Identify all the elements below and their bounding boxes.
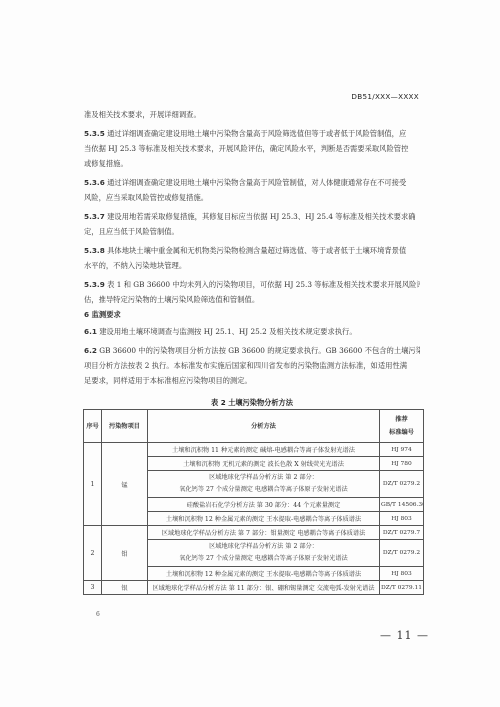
clause-text: 表 1 和 GB 36600 中均未列入的污染物项目，可依据 HJ 25.3 等… — [107, 280, 420, 289]
cell-standard: GB/T 14506.30 — [380, 498, 424, 512]
table-row: 1 锰 土壤和沉积物 11 种元素的测定 碱熔-电感耦合等离子体发射光谱法 HJ… — [84, 443, 424, 457]
clause-number: 6.1 — [84, 327, 97, 336]
clause-text: 建设用地若需采取修复措施，其修复目标应当依据 HJ 25.3、HJ 25.4 等… — [107, 212, 415, 221]
clause-text-line: 水平的，不纳入污染地块管理。 — [84, 258, 420, 273]
table-row: 3 银 区域地球化学样品分析方法 第 11 部分：银、硼和锡量测定 交流电弧-发… — [84, 581, 424, 595]
clause-number: 5.3.8 — [84, 246, 105, 255]
cell-item: 锰 — [102, 443, 148, 526]
clause-number: 5.3.7 — [84, 212, 105, 221]
clause-5-3-6: 5.3.6 通过详细调查确定建设用地土壤中污染物含量高于风险管制值，对人体健康通… — [84, 175, 420, 190]
page-mark: 6 — [96, 611, 100, 618]
cell-method: 区域地球化学样品分析方法 第 7 部分：钼量测定 电感耦合等离子体质谱法 — [148, 526, 380, 540]
cell-method: 区域地球化学样品分析方法 第 2 部分： 氧化钙等 27 个成分量测定 电感耦合… — [148, 540, 380, 567]
page-number: — 11 — — [380, 629, 429, 642]
clause-text: 建设用地土壤环境调查与监测按 HJ 25.1、HJ 25.2 及相关技术规定要求… — [99, 327, 356, 336]
cell-seq: 1 — [84, 443, 102, 526]
cell-item: 银 — [102, 581, 148, 595]
cell-standard: DZ/T 0279.11 — [380, 581, 424, 595]
cell-standard: HJ 803 — [380, 512, 424, 526]
clause-number: 5.3.6 — [84, 178, 105, 187]
clause-text-line: 或修复措施。 — [84, 156, 420, 171]
clause-text-line: 风险，应当采取风险管控或修复措施。 — [84, 190, 420, 205]
table-header-row: 序号 污染物项目 分析方法 推荐 标准编号 — [84, 410, 424, 443]
cell-method: 硅酸盐岩石化学分析方法 第 30 部分：44 个元素量测定 — [148, 498, 380, 512]
cell-method: 土壤和沉积物 12 种金属元素的测定 王水提取-电感耦合等离子体质谱法 — [148, 512, 380, 526]
clause-5-3-7: 5.3.7 建设用地若需采取修复措施，其修复目标应当依据 HJ 25.3、HJ … — [84, 209, 420, 224]
clause-number: 5.3.9 — [84, 280, 105, 289]
cell-method: 区域地球化学样品分析方法 第 11 部分：银、硼和锡量测定 交流电弧-发射光谱法 — [148, 581, 380, 595]
header-standard-line1: 推荐 — [395, 416, 407, 423]
table-caption: 表 2 土壤污染物分析方法 — [84, 398, 420, 408]
cell-standard: DZ/T 0279.2 — [380, 471, 424, 498]
cell-standard: DZ/T 0279.7 — [380, 526, 424, 540]
clause-text-line: 项目分析方法按表 2 执行。本标准发布实施后国家和四川省发布的污染物监测方法标准… — [84, 358, 420, 373]
header-seq: 序号 — [84, 410, 102, 443]
clause-text-line: 定，且应当低于风险管制值。 — [84, 224, 420, 239]
method-line: 区域地球化学样品分析方法 第 2 部分： — [209, 543, 318, 550]
method-line: 区域地球化学样品分析方法 第 2 部分： — [209, 474, 318, 481]
header-standard: 推荐 标准编号 — [380, 410, 424, 443]
standard-code: DB51/XXX—XXXX — [351, 92, 419, 101]
clause-text: 具体地块土壤中重金属和无机物类污染物检测含量超过筛选值、等于或者低于土壤环境背景… — [107, 246, 406, 255]
table-row: 2 钼 区域地球化学样品分析方法 第 7 部分：钼量测定 电感耦合等离子体质谱法… — [84, 526, 424, 540]
section-heading-6: 6 监测要求 — [84, 307, 420, 322]
cell-method: 土壤和沉积物 11 种元素的测定 碱熔-电感耦合等离子体发射光谱法 — [148, 443, 380, 457]
clause-number: 5.3.5 — [84, 129, 105, 138]
analysis-methods-table: 序号 污染物项目 分析方法 推荐 标准编号 1 锰 土壤和沉积物 11 种元素的… — [83, 409, 424, 595]
cell-standard: HJ 803 — [380, 567, 424, 581]
cell-method: 土壤和沉积物 12 种金属元素的测定 王水提取-电感耦合等离子体质谱法 — [148, 567, 380, 581]
clause-text-line: 当依据 HJ 25.3 等标准及相关技术要求，开展风险评估，确定风险水平，判断是… — [84, 141, 420, 156]
clause-5-3-8: 5.3.8 具体地块土壤中重金属和无机物类污染物检测含量超过筛选值、等于或者低于… — [84, 243, 420, 258]
method-line: 氧化钙等 27 个成分量测定 电感耦合等离子体原子发射光谱法 — [179, 555, 347, 562]
paragraph-continuation: 准及相关技术要求，开展详细调查。 — [84, 107, 420, 122]
header-method: 分析方法 — [148, 410, 380, 443]
clause-text: GB 36600 中的污染物项目分析方法按 GB 36600 的规定要求执行。G… — [99, 346, 420, 355]
cell-standard: HJ 780 — [380, 457, 424, 471]
clause-text: 通过详细调查确定建设用地土壤中污染物含量高于风险管制值，对人体健康通常存在不可接… — [107, 178, 406, 187]
clause-text-line: 足要求，同样适用于本标准相应污染物项目的测定。 — [84, 373, 420, 388]
clause-text-line: 估，推导特定污染物的土壤污染风险筛选值和管制值。 — [84, 292, 420, 307]
clause-6-1: 6.1 建设用地土壤环境调查与监测按 HJ 25.1、HJ 25.2 及相关技术… — [84, 324, 420, 339]
body-text: 准及相关技术要求，开展详细调查。 5.3.5 通过详细调查确定建设用地土壤中污染… — [84, 107, 420, 388]
cell-item: 钼 — [102, 526, 148, 581]
document-page: DB51/XXX—XXXX 准及相关技术要求，开展详细调查。 5.3.5 通过详… — [0, 0, 500, 707]
cell-seq: 3 — [84, 581, 102, 595]
cell-method: 区域地球化学样品分析方法 第 2 部分： 氧化钙等 27 个成分量测定 电感耦合… — [148, 471, 380, 498]
clause-number: 6.2 — [84, 346, 97, 355]
method-line: 氧化钙等 27 个成分量测定 电感耦合等离子体原子发射光谱法 — [179, 486, 347, 493]
cell-standard: DZ/T 0279.2 — [380, 540, 424, 567]
clause-5-3-5: 5.3.5 通过详细调查确定建设用地土壤中污染物含量高于风险筛选值但等于或者低于… — [84, 126, 420, 141]
clause-5-3-9: 5.3.9 表 1 和 GB 36600 中均未列入的污染物项目，可依据 HJ … — [84, 277, 420, 292]
clause-6-2: 6.2 GB 36600 中的污染物项目分析方法按 GB 36600 的规定要求… — [84, 343, 420, 358]
cell-standard: HJ 974 — [380, 443, 424, 457]
clause-text: 通过详细调查确定建设用地土壤中污染物含量高于风险筛选值但等于或者低于风险管制值，… — [107, 129, 406, 138]
header-item: 污染物项目 — [102, 410, 148, 443]
cell-seq: 2 — [84, 526, 102, 581]
header-standard-line2: 标准编号 — [389, 429, 414, 436]
cell-method: 土壤和沉积物 无机元素的测定 波长色散 X 射线荧光光谱法 — [148, 457, 380, 471]
